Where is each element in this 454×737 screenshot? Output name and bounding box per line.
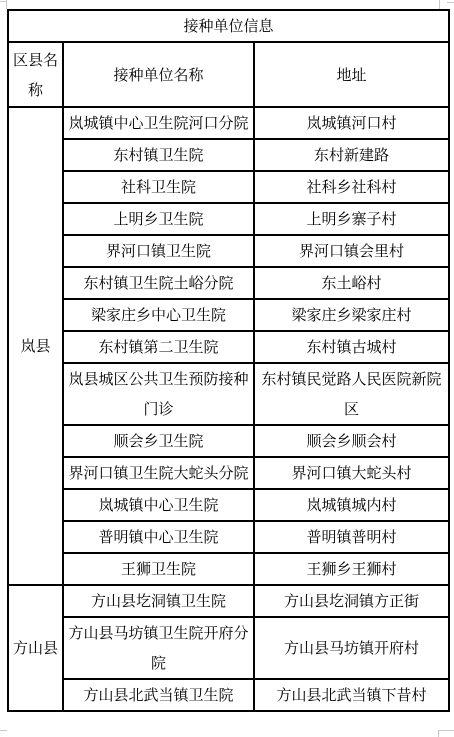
table-head: 接种单位信息 区县名称 接种单位名称 地址: [8, 10, 449, 107]
address-cell: 普明镇普明村: [254, 521, 449, 553]
table-row: 梁家庄乡中心卫生院梁家庄乡梁家庄村: [8, 299, 449, 331]
unit-name-cell: 方山县马坊镇卫生院开府分院: [63, 617, 254, 679]
address-cell: 东村新建路: [254, 139, 449, 171]
address-cell: 顺会乡顺会村: [254, 425, 449, 457]
unit-name-cell: 王狮卫生院: [63, 553, 254, 585]
unit-name-cell: 梁家庄乡中心卫生院: [63, 299, 254, 331]
address-cell: 东村镇民觉路人民医院新院区: [254, 363, 449, 425]
unit-name-cell: 方山县圪洞镇卫生院: [63, 585, 254, 617]
unit-name-cell: 顺会乡卫生院: [63, 425, 254, 457]
county-cell: 方山县: [8, 585, 63, 711]
vaccination-units-page: 接种单位信息 区县名称 接种单位名称 地址 岚县岚城镇中心卫生院河口分院岚城镇河…: [0, 0, 454, 737]
table-row: 岚县岚城镇中心卫生院河口分院岚城镇河口村: [8, 107, 449, 139]
address-cell: 方山县马坊镇开府村: [254, 617, 449, 679]
ghost-gridline-top-left-v: [6, 0, 7, 9]
unit-name-cell: 普明镇中心卫生院: [63, 521, 254, 553]
table-row: 岚城镇中心卫生院岚城镇城内村: [8, 489, 449, 521]
header-unit-name: 接种单位名称: [63, 42, 254, 107]
table-row: 顺会乡卫生院顺会乡顺会村: [8, 425, 449, 457]
vaccination-units-table: 接种单位信息 区县名称 接种单位名称 地址 岚县岚城镇中心卫生院河口分院岚城镇河…: [7, 9, 450, 712]
table-row: 东村镇卫生院土峪分院东土峪村: [8, 267, 449, 299]
address-cell: 上明乡寨子村: [254, 203, 449, 235]
table-body: 岚县岚城镇中心卫生院河口分院岚城镇河口村东村镇卫生院东村新建路社科卫生院社科乡社…: [8, 107, 449, 711]
table-title: 接种单位信息: [8, 10, 449, 42]
unit-name-cell: 东村镇第二卫生院: [63, 331, 254, 363]
address-cell: 界河口镇会里村: [254, 235, 449, 267]
unit-name-cell: 上明乡卫生院: [63, 203, 254, 235]
ghost-gridline-bottom-right-h: [438, 730, 454, 731]
table-row: 普明镇中心卫生院普明镇普明村: [8, 521, 449, 553]
ghost-gridline-bottom-right-v: [438, 730, 439, 737]
table-row: 界河口镇卫生院界河口镇会里村: [8, 235, 449, 267]
ghost-gridline-top-right-v: [439, 0, 440, 9]
table-row: 社科卫生院社科乡社科村: [8, 171, 449, 203]
unit-name-cell: 岚县城区公共卫生预防接种门诊: [63, 363, 254, 425]
address-cell: 东土峪村: [254, 267, 449, 299]
table-row: 方山县方山县圪洞镇卫生院方山县圪洞镇方正街: [8, 585, 449, 617]
table-header-row: 区县名称 接种单位名称 地址: [8, 42, 449, 107]
address-cell: 社科乡社科村: [254, 171, 449, 203]
ghost-gridline-top-right-h: [447, 2, 454, 3]
unit-name-cell: 界河口镇卫生院大蛇头分院: [63, 457, 254, 489]
unit-name-cell: 方山县北武当镇卫生院: [63, 679, 254, 711]
address-cell: 方山县圪洞镇方正街: [254, 585, 449, 617]
header-address: 地址: [254, 42, 449, 107]
header-county-name: 区县名称: [8, 42, 63, 107]
unit-name-cell: 东村镇卫生院土峪分院: [63, 267, 254, 299]
table-title-row: 接种单位信息: [8, 10, 449, 42]
address-cell: 梁家庄乡梁家庄村: [254, 299, 449, 331]
table-row: 东村镇卫生院东村新建路: [8, 139, 449, 171]
unit-name-cell: 界河口镇卫生院: [63, 235, 254, 267]
table-row: 王狮卫生院王狮乡王狮村: [8, 553, 449, 585]
county-cell: 岚县: [8, 107, 63, 585]
address-cell: 王狮乡王狮村: [254, 553, 449, 585]
unit-name-cell: 岚城镇中心卫生院: [63, 489, 254, 521]
unit-name-cell: 东村镇卫生院: [63, 139, 254, 171]
table-row: 方山县北武当镇卫生院方山县北武当镇下昔村: [8, 679, 449, 711]
table-row: 东村镇第二卫生院东村镇古城村: [8, 331, 449, 363]
ghost-gridline-bottom-left-h: [0, 730, 7, 731]
address-cell: 方山县北武当镇下昔村: [254, 679, 449, 711]
table-row: 上明乡卫生院上明乡寨子村: [8, 203, 449, 235]
table-row: 方山县马坊镇卫生院开府分院方山县马坊镇开府村: [8, 617, 449, 679]
address-cell: 东村镇古城村: [254, 331, 449, 363]
address-cell: 岚城镇河口村: [254, 107, 449, 139]
address-cell: 界河口镇大蛇头村: [254, 457, 449, 489]
address-cell: 岚城镇城内村: [254, 489, 449, 521]
table-row: 岚县城区公共卫生预防接种门诊东村镇民觉路人民医院新院区: [8, 363, 449, 425]
unit-name-cell: 岚城镇中心卫生院河口分院: [63, 107, 254, 139]
unit-name-cell: 社科卫生院: [63, 171, 254, 203]
table-row: 界河口镇卫生院大蛇头分院界河口镇大蛇头村: [8, 457, 449, 489]
